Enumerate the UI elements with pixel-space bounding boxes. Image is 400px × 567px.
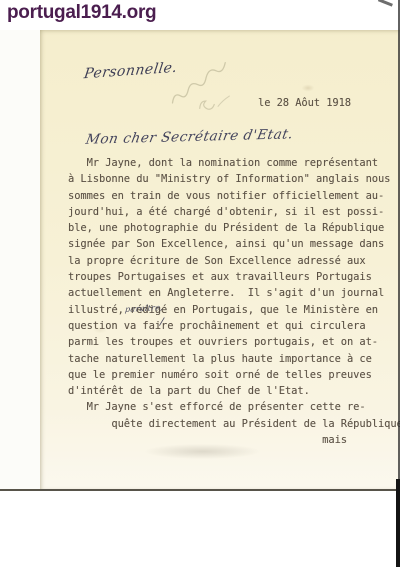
body-line: que le premier numéro soit orné de telle… [68, 367, 400, 383]
body-line: d'intérêt de la part du Chef de l'Etat. [68, 383, 400, 399]
body-line: question va faire prochâinement et qui c… [68, 318, 400, 334]
body-line: signée par Son Excellence, ainsi qu'un m… [68, 236, 400, 252]
body-line: Mr Jayne s'est efforcé de présenter cett… [68, 399, 400, 415]
date-line: le 28 Aôut 1918 [258, 97, 351, 109]
body-line: actuellement en Angleterre. Il s'agit d'… [68, 285, 400, 301]
page: { "site": { "brand": "portugal1914.org" … [0, 0, 400, 567]
body-line: Mr Jayne, dont la nomination comme repré… [68, 155, 400, 171]
letter-scan: Personnelle. le 28 Aôut 1918 Mon cher Se… [0, 30, 400, 491]
body-line: troupes Portugaises et aux travailleurs … [68, 269, 400, 285]
body-line: parmi les troupes et ouvriers portugais,… [68, 334, 400, 350]
site-header: portugal1914.org [0, 0, 400, 30]
paper-smudge [145, 444, 260, 459]
site-brand-link[interactable]: portugal1914.org [7, 2, 156, 24]
body-line: à Lisbonne du "Ministry of Information" … [68, 171, 400, 187]
body-line: jourd'hui, a été chargé d'obtenir, si il… [68, 204, 400, 220]
scan-bottom-edge [0, 489, 400, 491]
body-line: quête directement au Président de la Rép… [68, 416, 400, 432]
body-line: ble, une photographie du Président de la… [68, 220, 400, 236]
scan-right-edge-bar [396, 479, 400, 567]
letter-paper: Personnelle. le 28 Aôut 1918 Mon cher Se… [40, 30, 400, 489]
body-line: illustré, rédigé en Portugais, que le Mi… [68, 302, 400, 318]
letter-body: Mr Jayne, dont la nomination comme repré… [68, 155, 400, 448]
body-line: sommes en train de vous notifier officie… [68, 188, 400, 204]
body-line: tache naturellement la plus haute import… [68, 351, 400, 367]
body-line: la propre écriture de Son Excellence adr… [68, 253, 400, 269]
salutation: Mon cher Secrétaire d'Etat. [85, 126, 295, 148]
pencil-scribble [153, 45, 266, 132]
